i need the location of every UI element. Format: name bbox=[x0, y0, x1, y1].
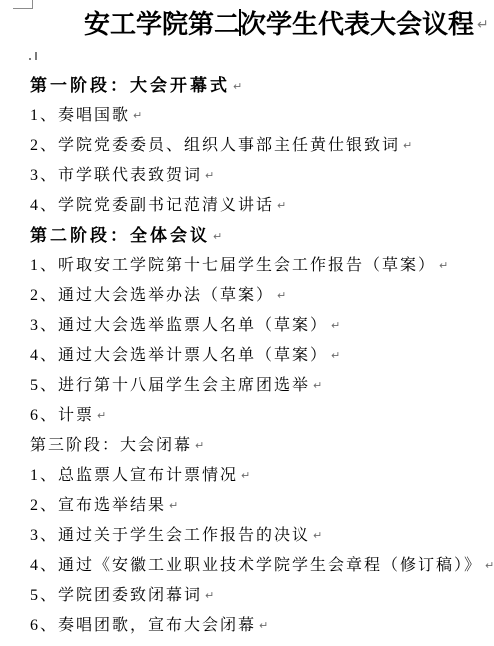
agenda-item[interactable]: 1、总监票人宣布计票情况↵ bbox=[30, 461, 494, 491]
section-heading-text: 第二阶段：全体会议 bbox=[30, 226, 210, 245]
agenda-item[interactable]: 6、奏唱团歌，宣布大会闭幕↵ bbox=[30, 611, 494, 641]
paragraph-mark-icon: ↵ bbox=[331, 319, 340, 332]
agenda-item-text: 1、奏唱国歌 bbox=[30, 107, 130, 124]
text-boundary-corner-mark bbox=[13, 8, 33, 9]
agenda-item[interactable]: 5、进行第十八届学生会主席团选举↵ bbox=[30, 371, 494, 401]
paragraph-mark-icon: ↵ bbox=[133, 109, 142, 122]
agenda-lines: 第一阶段：大会开幕式↵ 1、奏唱国歌↵ 2、学院党委委员、组织人事部主任黄仕银致… bbox=[30, 71, 494, 641]
agenda-item[interactable]: 1、听取安工学院第十七届学生会工作报告（草案）↵ bbox=[30, 251, 494, 281]
agenda-item-text: 2、通过大会选举办法（草案） bbox=[30, 287, 274, 304]
agenda-item-text: 2、宣布选举结果 bbox=[30, 497, 166, 514]
paragraph-mark-icon: ↵ bbox=[403, 139, 412, 152]
agenda-item[interactable]: 2、宣布选举结果↵ bbox=[30, 491, 494, 521]
title-text-after-cursor: 次学生代表大会议程 bbox=[240, 10, 474, 39]
paragraph-mark-icon: ↵ bbox=[213, 230, 222, 243]
paragraph-mark-icon: ↵ bbox=[277, 199, 286, 212]
paragraph-mark-icon: ↵ bbox=[313, 379, 322, 392]
paragraph-mark-icon: ↵ bbox=[259, 619, 268, 632]
title-text-before-cursor: 安工学院第二 bbox=[84, 10, 240, 39]
agenda-item-text: 6、奏唱团歌，宣布大会闭幕 bbox=[30, 617, 256, 634]
document-title[interactable]: 安工学院第二次学生代表大会议程↵ bbox=[84, 4, 489, 41]
agenda-item-text: 3、通过大会选举监票人名单（草案） bbox=[30, 317, 328, 334]
agenda-item[interactable]: 3、通过大会选举监票人名单（草案）↵ bbox=[30, 311, 494, 341]
section-heading-text: 第三阶段：大会闭幕 bbox=[30, 437, 192, 454]
agenda-item-text: 5、进行第十八届学生会主席团选举 bbox=[30, 377, 310, 394]
agenda-item[interactable]: 2、学院党委委员、组织人事部主任黄仕银致词↵ bbox=[30, 131, 494, 161]
section-heading-text: 第一阶段：大会开幕式 bbox=[30, 76, 230, 95]
agenda-item-text: 4、通过大会选举计票人名单（草案） bbox=[30, 347, 328, 364]
agenda-item[interactable]: 5、学院团委致闭幕词↵ bbox=[30, 581, 494, 611]
section-heading[interactable]: 第二阶段：全体会议↵ bbox=[30, 221, 494, 251]
paragraph-mark-icon: ↵ bbox=[169, 499, 178, 512]
agenda-item[interactable]: 4、通过《安徽工业职业技术学院学生会章程（修订稿）》↵ bbox=[30, 551, 494, 581]
paragraph-mark-icon: ↵ bbox=[195, 439, 204, 452]
agenda-item-text: 4、学院党委副书记范清义讲话 bbox=[30, 197, 274, 214]
paragraph-mark-icon: ↵ bbox=[439, 259, 448, 272]
paragraph-mark-icon: ↵ bbox=[331, 349, 340, 362]
agenda-item[interactable]: 2、通过大会选举办法（草案）↵ bbox=[30, 281, 494, 311]
text-boundary-corner-mark bbox=[32, 0, 33, 9]
agenda-item-text: 6、计票 bbox=[30, 407, 94, 424]
paragraph-mark-icon: ↵ bbox=[477, 17, 489, 33]
agenda-item-text: 2、学院党委委员、组织人事部主任黄仕银致词 bbox=[30, 137, 400, 154]
paragraph-mark-icon: ↵ bbox=[205, 589, 214, 602]
agenda-item[interactable]: 3、市学联代表致贺词↵ bbox=[30, 161, 494, 191]
section-heading[interactable]: 第一阶段：大会开幕式↵ bbox=[30, 71, 494, 101]
paragraph-mark-icon: ↵ bbox=[241, 469, 250, 482]
document-canvas[interactable]: 安工学院第二次学生代表大会议程↵ 第一阶段：大会开幕式↵ 1、奏唱国歌↵ 2、学… bbox=[0, 0, 494, 646]
paragraph-mark-icon: ↵ bbox=[485, 559, 494, 572]
paragraph-mark-icon: ↵ bbox=[277, 289, 286, 302]
agenda-item[interactable]: 3、通过关于学生会工作报告的决议↵ bbox=[30, 521, 494, 551]
agenda-item-text: 5、学院团委致闭幕词 bbox=[30, 587, 202, 604]
empty-paragraph-mark bbox=[29, 58, 31, 60]
agenda-item-text: 4、通过《安徽工业职业技术学院学生会章程（修订稿）》 bbox=[30, 557, 482, 574]
agenda-item-text: 1、总监票人宣布计票情况 bbox=[30, 467, 238, 484]
empty-paragraph-mark bbox=[35, 52, 37, 60]
section-heading[interactable]: 第三阶段：大会闭幕↵ bbox=[30, 431, 494, 461]
paragraph-mark-icon: ↵ bbox=[97, 409, 106, 422]
agenda-item[interactable]: 4、学院党委副书记范清义讲话↵ bbox=[30, 191, 494, 221]
paragraph-mark-icon: ↵ bbox=[205, 169, 214, 182]
agenda-item-text: 1、听取安工学院第十七届学生会工作报告（草案） bbox=[30, 257, 436, 274]
agenda-item[interactable]: 1、奏唱国歌↵ bbox=[30, 101, 494, 131]
paragraph-mark-icon: ↵ bbox=[233, 80, 242, 93]
paragraph-mark-icon: ↵ bbox=[313, 529, 322, 542]
agenda-item[interactable]: 6、计票↵ bbox=[30, 401, 494, 431]
agenda-item[interactable]: 4、通过大会选举计票人名单（草案）↵ bbox=[30, 341, 494, 371]
agenda-item-text: 3、市学联代表致贺词 bbox=[30, 167, 202, 184]
agenda-item-text: 3、通过关于学生会工作报告的决议 bbox=[30, 527, 310, 544]
